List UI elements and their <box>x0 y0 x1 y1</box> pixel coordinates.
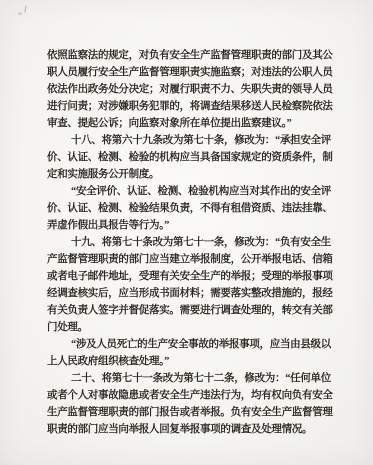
text-line: 十八、将第六十九条改为第七十条，修改为：“承担安全评 <box>47 132 347 149</box>
text-line: 依法作出政务处分决定；对履行职责不力、失职失责的领导人员 <box>47 81 347 98</box>
text-line: 定和实施服务公开制度。 <box>47 166 347 183</box>
text-line: 审查、提起公诉；向监察对象所在单位提出监察建议。” <box>47 115 347 132</box>
stray-pencil-mark <box>18 4 26 12</box>
text-line: 或者个人对事故隐患或者安全生产违法行为，均有权向负有安全 <box>47 387 347 404</box>
text-line: “安全评价、认证、检测、检验机构应当对其作出的安全评 <box>47 183 347 200</box>
text-line: 弄虚作假出具报告等行为。” <box>47 217 347 234</box>
scanned-document-page: 依照监察法的规定，对负有安全生产监督管理职责的部门及其公职人员履行安全生产监督管… <box>0 0 373 465</box>
text-line: 十九、将第七十条改为第七十一条，修改为：“负有安全生 <box>47 234 347 251</box>
text-line: 价、认证、检测、检验的机构应当具备国家规定的资质条件，制 <box>47 149 347 166</box>
text-line: 进行问责；对涉嫌职务犯罪的，将调查结果移送人民检察院依法 <box>47 98 347 115</box>
text-line: 产监督管理职责的部门应当建立举报制度，公开举报电话、信箱 <box>47 251 347 268</box>
text-line: 门处理。 <box>47 319 347 336</box>
text-line: 价、认证、检测、检验结果负责，不得有租借资质、违法挂靠、 <box>47 200 347 217</box>
text-line: 生产监督管理职责的部门报告或者举报。负有安全生产监督管理 <box>47 404 347 421</box>
text-line: 职责的部门应当向举报人回复举报事项的调查及处理情况。 <box>47 421 347 438</box>
text-line: 依照监察法的规定，对负有安全生产监督管理职责的部门及其公 <box>47 47 347 64</box>
text-line: 二十、将第七十一条改为第七十二条，修改为：“任何单位 <box>47 370 347 387</box>
text-line: 有关负责人签字并督促落实。需要进行调查处理的，转交有关部 <box>47 302 347 319</box>
text-line: 或者电子邮件地址，受理有关安全生产的举报；受理的举报事项 <box>47 268 347 285</box>
text-line: “涉及人员死亡的生产安全事故的举报事项，应当由县级以 <box>47 336 347 353</box>
text-line: 职人员履行安全生产监督管理职责实施监察；对违法的公职人员 <box>47 64 347 81</box>
text-block: 依照监察法的规定，对负有安全生产监督管理职责的部门及其公职人员履行安全生产监督管… <box>47 47 347 438</box>
text-line: 上人民政府组织核查处理。” <box>47 353 347 370</box>
text-line: 经调查核实后，应当形成书面材料；需要落实整改措施的，报经 <box>47 285 347 302</box>
